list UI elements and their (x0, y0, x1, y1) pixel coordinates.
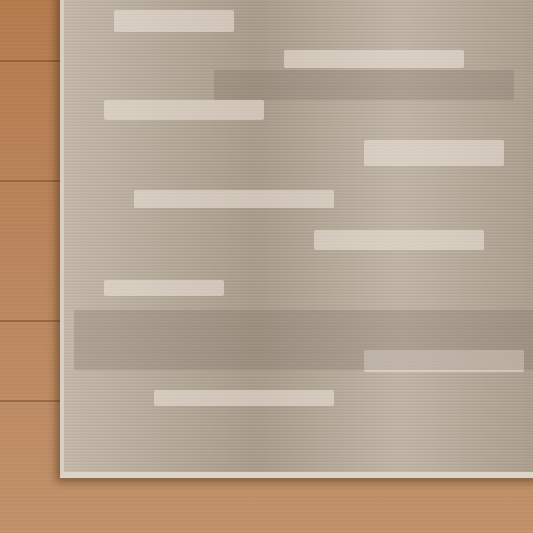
rug-pattern (104, 280, 224, 296)
area-rug (60, 0, 533, 478)
rug-pattern (284, 50, 464, 68)
rug-shade (214, 70, 514, 100)
rug-pattern (104, 100, 264, 120)
rug-pattern (154, 390, 334, 406)
rug-pattern (364, 140, 504, 166)
photo-scene (0, 0, 533, 533)
rug-pattern (134, 190, 334, 208)
rug-pattern (314, 230, 484, 250)
rug-shade (74, 310, 533, 370)
rug-pattern (114, 10, 234, 32)
